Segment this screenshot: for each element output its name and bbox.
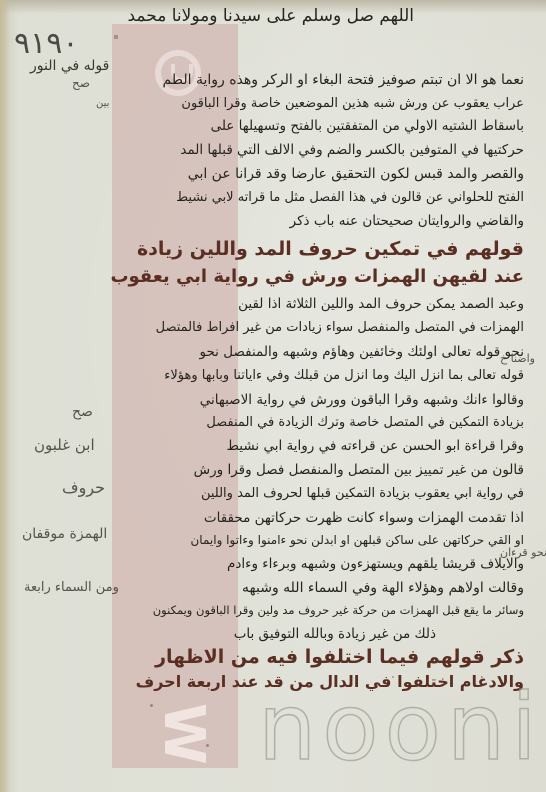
margin-note-left-top-extra: بين: [96, 98, 109, 109]
text-line: حركتيها في المتوفين بالكسر والضم وفي الا…: [180, 142, 524, 158]
text-line: وعبد الصمد يمكن حروف المد واللين الثلاثة…: [238, 296, 524, 312]
ink-speck: [150, 704, 153, 707]
manuscript-page: W ٩١٩٠ اللهم صل وسلم على سيدنا ومولانا م…: [0, 0, 546, 792]
page-left-edge: [0, 0, 10, 792]
text-line: عراب يعقوب عن ورش شبه هذين الموضعين خاصة…: [181, 96, 524, 111]
text-line: وقرا قراءة ابو الحسن عن قراءته في رواية …: [226, 438, 524, 454]
text-line: الفتح للحلواني عن قالون في هذا الفصل مثل…: [176, 190, 524, 205]
margin-note-left: حروف: [62, 478, 105, 497]
margin-note-left: صح: [72, 404, 93, 420]
margin-note-right: نحو قرءان: [500, 546, 546, 559]
text-line: نعما هو الا ان تبتم صوفيز فتحة البغاء او…: [163, 72, 524, 88]
ink-speck: [206, 744, 209, 747]
text-line: قالون من غير تمييز بين المتصل والمنفصل ف…: [194, 462, 524, 478]
text-line: باسقاط الشتيه الاولي من المتفقتين بالفتح…: [211, 118, 524, 134]
text-line: في رواية ابي يعقوب بزيادة التمكين قبلها …: [201, 486, 524, 501]
margin-note-left: ابن غلبون: [34, 436, 95, 454]
margin-note-left-top: قوله في النور: [30, 58, 109, 74]
text-line: وسائر ما يقع قبل الهمزات من حركة غير حرو…: [153, 603, 524, 617]
text-line: والقصر والمد قبس لكون التحقيق عارضا وقد …: [188, 166, 524, 182]
rubric-line: قولهم في تمكين حروف المد واللين زيادة: [137, 238, 524, 260]
margin-note-left: الهمزة موقفان: [22, 526, 107, 542]
text-line: او القي حركاتهن على ساكن قبلهن او ابدلن …: [190, 533, 524, 547]
text-line: قوله تعالى بما انزل اليك وما انزل من قبل…: [164, 368, 524, 383]
text-line: ذلك من غير زيادة وبالله التوفيق باب: [234, 626, 436, 642]
text-line: الهمزات في المتصل والمنفصل سواء زيادات م…: [156, 320, 524, 335]
rubric-line: عند لقيهن الهمزات ورش في رواية ابي يعقوب: [110, 266, 524, 287]
margin-note-left: ومن السماء رابعة: [24, 580, 119, 595]
text-line: بزيادة التمكين في المتصل خاصة وترك الزيا…: [206, 415, 524, 430]
text-line: والايلاف قريشا يلقهم ويستهزءون وشبهه وبر…: [227, 556, 524, 572]
text-line: نحو قوله تعالى اولئك وخائفين وهاؤم وشبهه…: [199, 344, 524, 360]
rubric-line: ذكر قولهم فيما اختلفوا فيه من الاظهار: [155, 646, 524, 668]
margin-note-left-top-sub: صح: [72, 76, 90, 90]
text-line: اذا تقدمت الهمزات وسواء كانت ظهرت حركاته…: [204, 510, 524, 526]
text-line: وقالت اولاهم وهؤلاء الهة وفي السماء الله…: [242, 580, 524, 596]
band-dot: [114, 35, 118, 39]
margin-note-text: قوله في النور: [30, 58, 109, 74]
watermark-text: noonin: [258, 682, 546, 774]
page-heading: اللهم صل وسلم على سيدنا ومولانا محمد: [128, 6, 415, 26]
text-line: وقالوا ءانك وشبهه وقرا الباقون وورش في ر…: [200, 392, 524, 408]
margin-note-right: واضنا خ: [500, 352, 535, 365]
folio-value: ١٩٠: [30, 26, 78, 61]
folio-mark: ٩: [14, 26, 30, 61]
folio-number: ٩١٩٠: [14, 26, 78, 61]
band-mark-icon: W: [143, 703, 223, 737]
text-line: والقاضي والروايتان صحيحتان عنه باب ذكر: [290, 213, 524, 229]
